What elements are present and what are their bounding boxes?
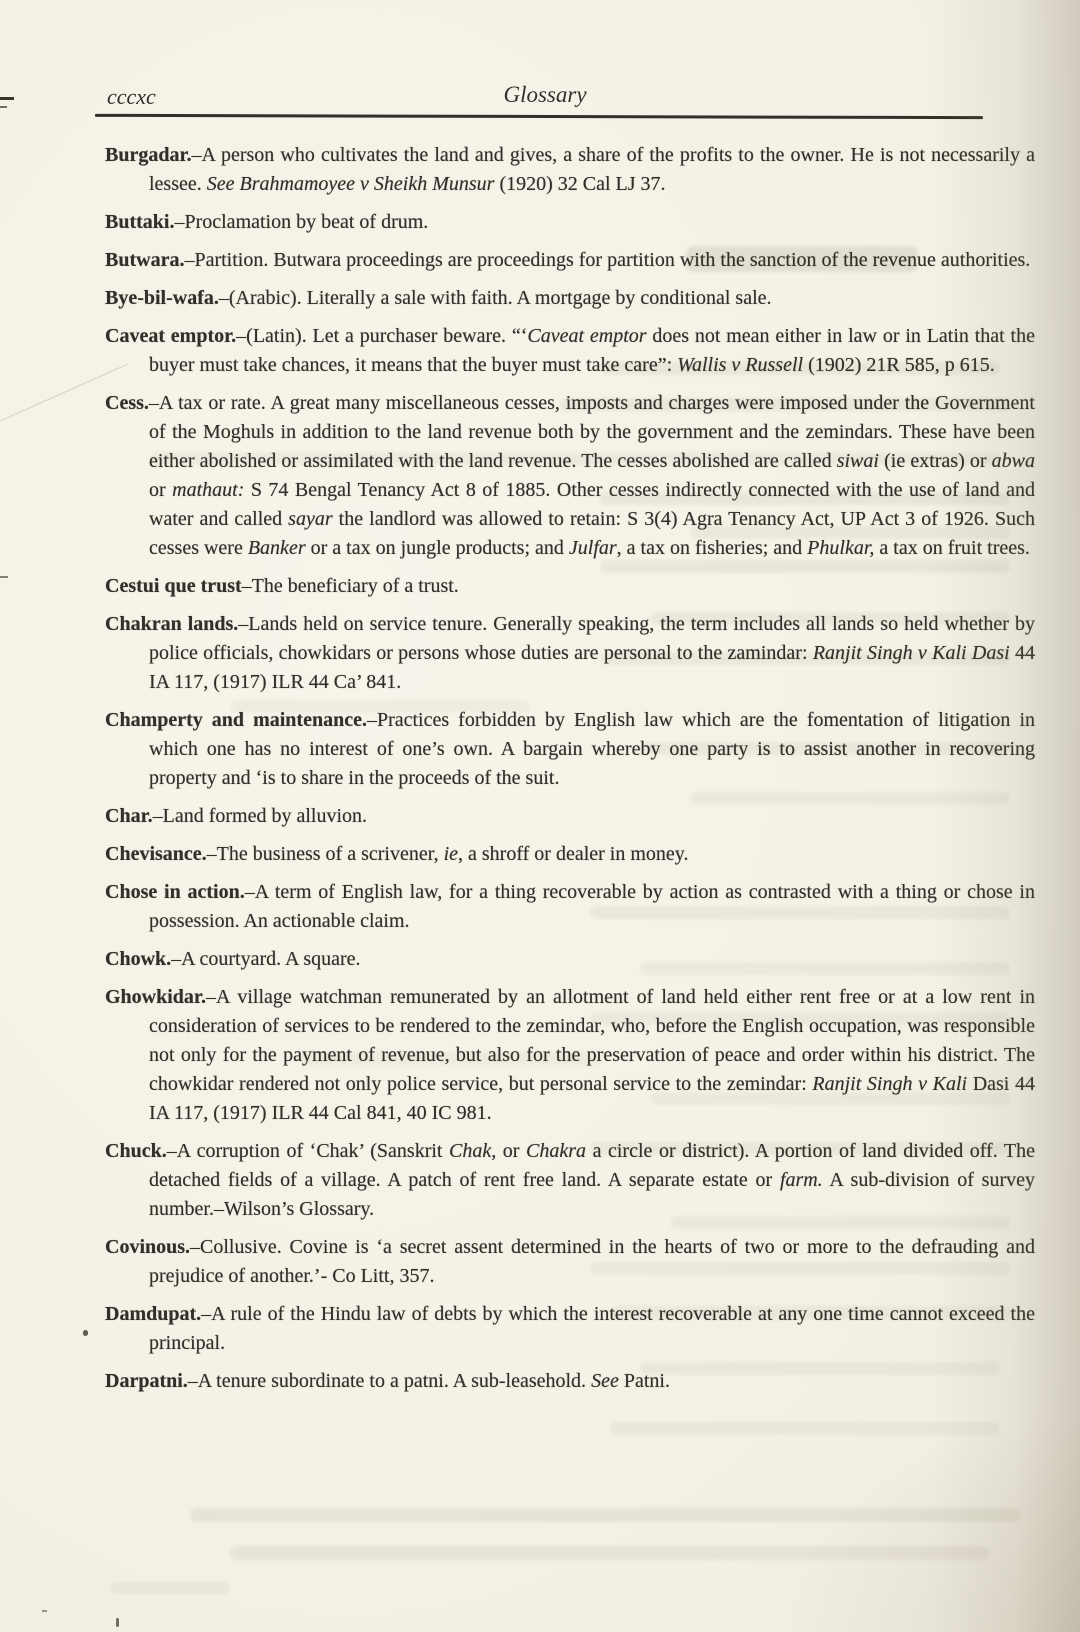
entry-term: Ghowkidar.	[105, 986, 206, 1008]
bleedthrough-line	[230, 1546, 990, 1560]
glossary-entry: Darpatni.–A tenure subordinate to a patn…	[105, 1367, 1035, 1396]
page-corner-shading	[780, 1412, 1080, 1632]
entry-text: Ranjit Singh v Kali Dasi	[813, 642, 1010, 664]
entry-term: Buttaki.	[105, 211, 174, 233]
entry-term: Bye-bil-wafa.	[105, 287, 219, 309]
entry-term: Damdupat.	[105, 1303, 201, 1325]
entry-text: or a tax on jungle products; and	[306, 537, 569, 559]
header-rule	[95, 114, 983, 119]
glossary-entry: Cess.–A tax or rate. A great many miscel…	[105, 389, 1035, 563]
entry-text: , a shroff or dealer in money.	[458, 843, 688, 865]
entry-text: farm.	[780, 1169, 823, 1191]
entry-term: Chevisance.	[105, 843, 207, 865]
entry-text: (ie extras) or	[879, 450, 992, 472]
entry-term: Chakran lands.	[105, 613, 238, 635]
entry-term: Cestui que trust	[105, 575, 242, 597]
glossary-entries: Burgadar.–A person who cultivates the la…	[105, 141, 1035, 1405]
glossary-entry: Caveat emptor.–(Latin). Let a purchaser …	[105, 322, 1035, 380]
entry-text: Banker	[248, 537, 306, 559]
entry-term: Cess.	[105, 392, 149, 414]
entry-text: –A tenure subordinate to a patni. A sub-…	[188, 1370, 591, 1392]
entry-text: Ranjit Singh v Kali	[812, 1073, 967, 1095]
entry-text: –Collusive. Covine is ‘a secret assent d…	[149, 1236, 1035, 1287]
entry-text: Chak,	[449, 1140, 496, 1162]
bleedthrough-line	[110, 1582, 230, 1594]
entry-text: –Land formed by alluvion.	[153, 805, 367, 827]
glossary-entry: Burgadar.–A person who cultivates the la…	[105, 141, 1035, 199]
entry-term: Butwara.	[105, 249, 184, 271]
glossary-entry: Damdupat.–A rule of the Hindu law of deb…	[105, 1300, 1035, 1358]
entry-text: siwai	[837, 450, 879, 472]
scan-speck	[83, 1330, 88, 1336]
entry-text: –Proclamation by beat of drum.	[174, 211, 428, 233]
entry-text: Julfar	[569, 537, 617, 559]
entry-text: –The business of a scrivener,	[207, 843, 444, 865]
entry-text: –A rule of the Hindu law of debts by whi…	[149, 1303, 1035, 1354]
entry-term: Char.	[105, 805, 153, 827]
glossary-entry: Char.–Land formed by alluvion.	[105, 802, 1035, 831]
scanned-page: cccxc Glossary Burgadar.–A person who cu…	[0, 0, 1080, 1632]
entry-text: –(Arabic). Literally a sale with faith. …	[219, 287, 772, 309]
entry-text: mathaut:	[172, 479, 244, 501]
entry-term: Burgadar.	[105, 144, 192, 166]
glossary-entry: Chose in action.–A term of English law, …	[105, 878, 1035, 936]
glossary-entry: Chakran lands.–Lands held on service ten…	[105, 610, 1035, 697]
entry-term: Chuck.	[105, 1140, 167, 1162]
glossary-entry: Covinous.–Collusive. Covine is ‘a secret…	[105, 1233, 1035, 1291]
scan-speck	[0, 106, 7, 108]
entry-text: (1920) 32 Cal LJ 37.	[494, 173, 665, 195]
scan-speck	[0, 576, 8, 578]
entry-text: –A term of English law, for a thing reco…	[149, 881, 1035, 932]
entry-term: Caveat emptor.	[105, 325, 236, 347]
scan-speck	[0, 97, 14, 100]
entry-text: –(Latin). Let a purchaser beware. “‘	[236, 325, 527, 347]
entry-term: Champerty and maintenance.	[105, 709, 367, 731]
entry-text: Wallis v Russell	[677, 354, 803, 376]
entry-text: Patni.	[619, 1370, 670, 1392]
entry-text: , a tax on fisheries; and	[617, 537, 808, 559]
glossary-entry: Champerty and maintenance.–Practices for…	[105, 706, 1035, 793]
bleedthrough-line	[190, 1508, 1020, 1522]
glossary-entry: Buttaki.–Proclamation by beat of drum.	[105, 208, 1035, 237]
glossary-entry: Chuck.–A corruption of ‘Chak’ (Sanskrit …	[105, 1137, 1035, 1224]
glossary-entry: Chevisance.–The business of a scrivener,…	[105, 840, 1035, 869]
entry-term: Chowk.	[105, 948, 171, 970]
entry-text: or	[496, 1140, 526, 1162]
scan-speck	[42, 1610, 47, 1612]
entry-text: –A courtyard. A square.	[171, 948, 360, 970]
entry-text: sayar	[288, 508, 332, 530]
glossary-entry: Bye-bil-wafa.–(Arabic). Literally a sale…	[105, 284, 1035, 313]
entry-text: a tax on fruit trees.	[874, 537, 1030, 559]
entry-term: Darpatni.	[105, 1370, 188, 1392]
entry-text: Phulkar,	[807, 537, 874, 559]
entry-text: or	[149, 479, 172, 501]
scan-speck	[116, 1618, 119, 1627]
entry-text: –Partition. Butwara proceedings are proc…	[184, 249, 1030, 271]
entry-text: Caveat emptor	[527, 325, 646, 347]
entry-text: –The beneficiary of a trust.	[242, 575, 459, 597]
glossary-entry: Cestui que trust–The beneficiary of a tr…	[105, 572, 1035, 601]
entry-term: Chose in action.	[105, 881, 245, 903]
entry-text: –A corruption of ‘Chak’ (Sanskrit	[167, 1140, 449, 1162]
bleedthrough-line	[610, 1422, 1000, 1435]
glossary-entry: Ghowkidar.–A village watchman remunerate…	[105, 983, 1035, 1128]
page-title: Glossary	[105, 82, 985, 108]
entry-term: Covinous.	[105, 1236, 190, 1258]
entry-text: ie	[444, 843, 458, 865]
entry-text: Chakra	[526, 1140, 586, 1162]
entry-text: See Brahmamoyee v Sheikh Munsur	[207, 173, 495, 195]
glossary-entry: Butwara.–Partition. Butwara proceedings …	[105, 246, 1035, 275]
entry-text: (1902) 21R 585, p 615.	[803, 354, 995, 376]
entry-text: See	[591, 1370, 619, 1392]
glossary-entry: Chowk.–A courtyard. A square.	[105, 945, 1035, 974]
entry-text: abwa	[992, 450, 1035, 472]
